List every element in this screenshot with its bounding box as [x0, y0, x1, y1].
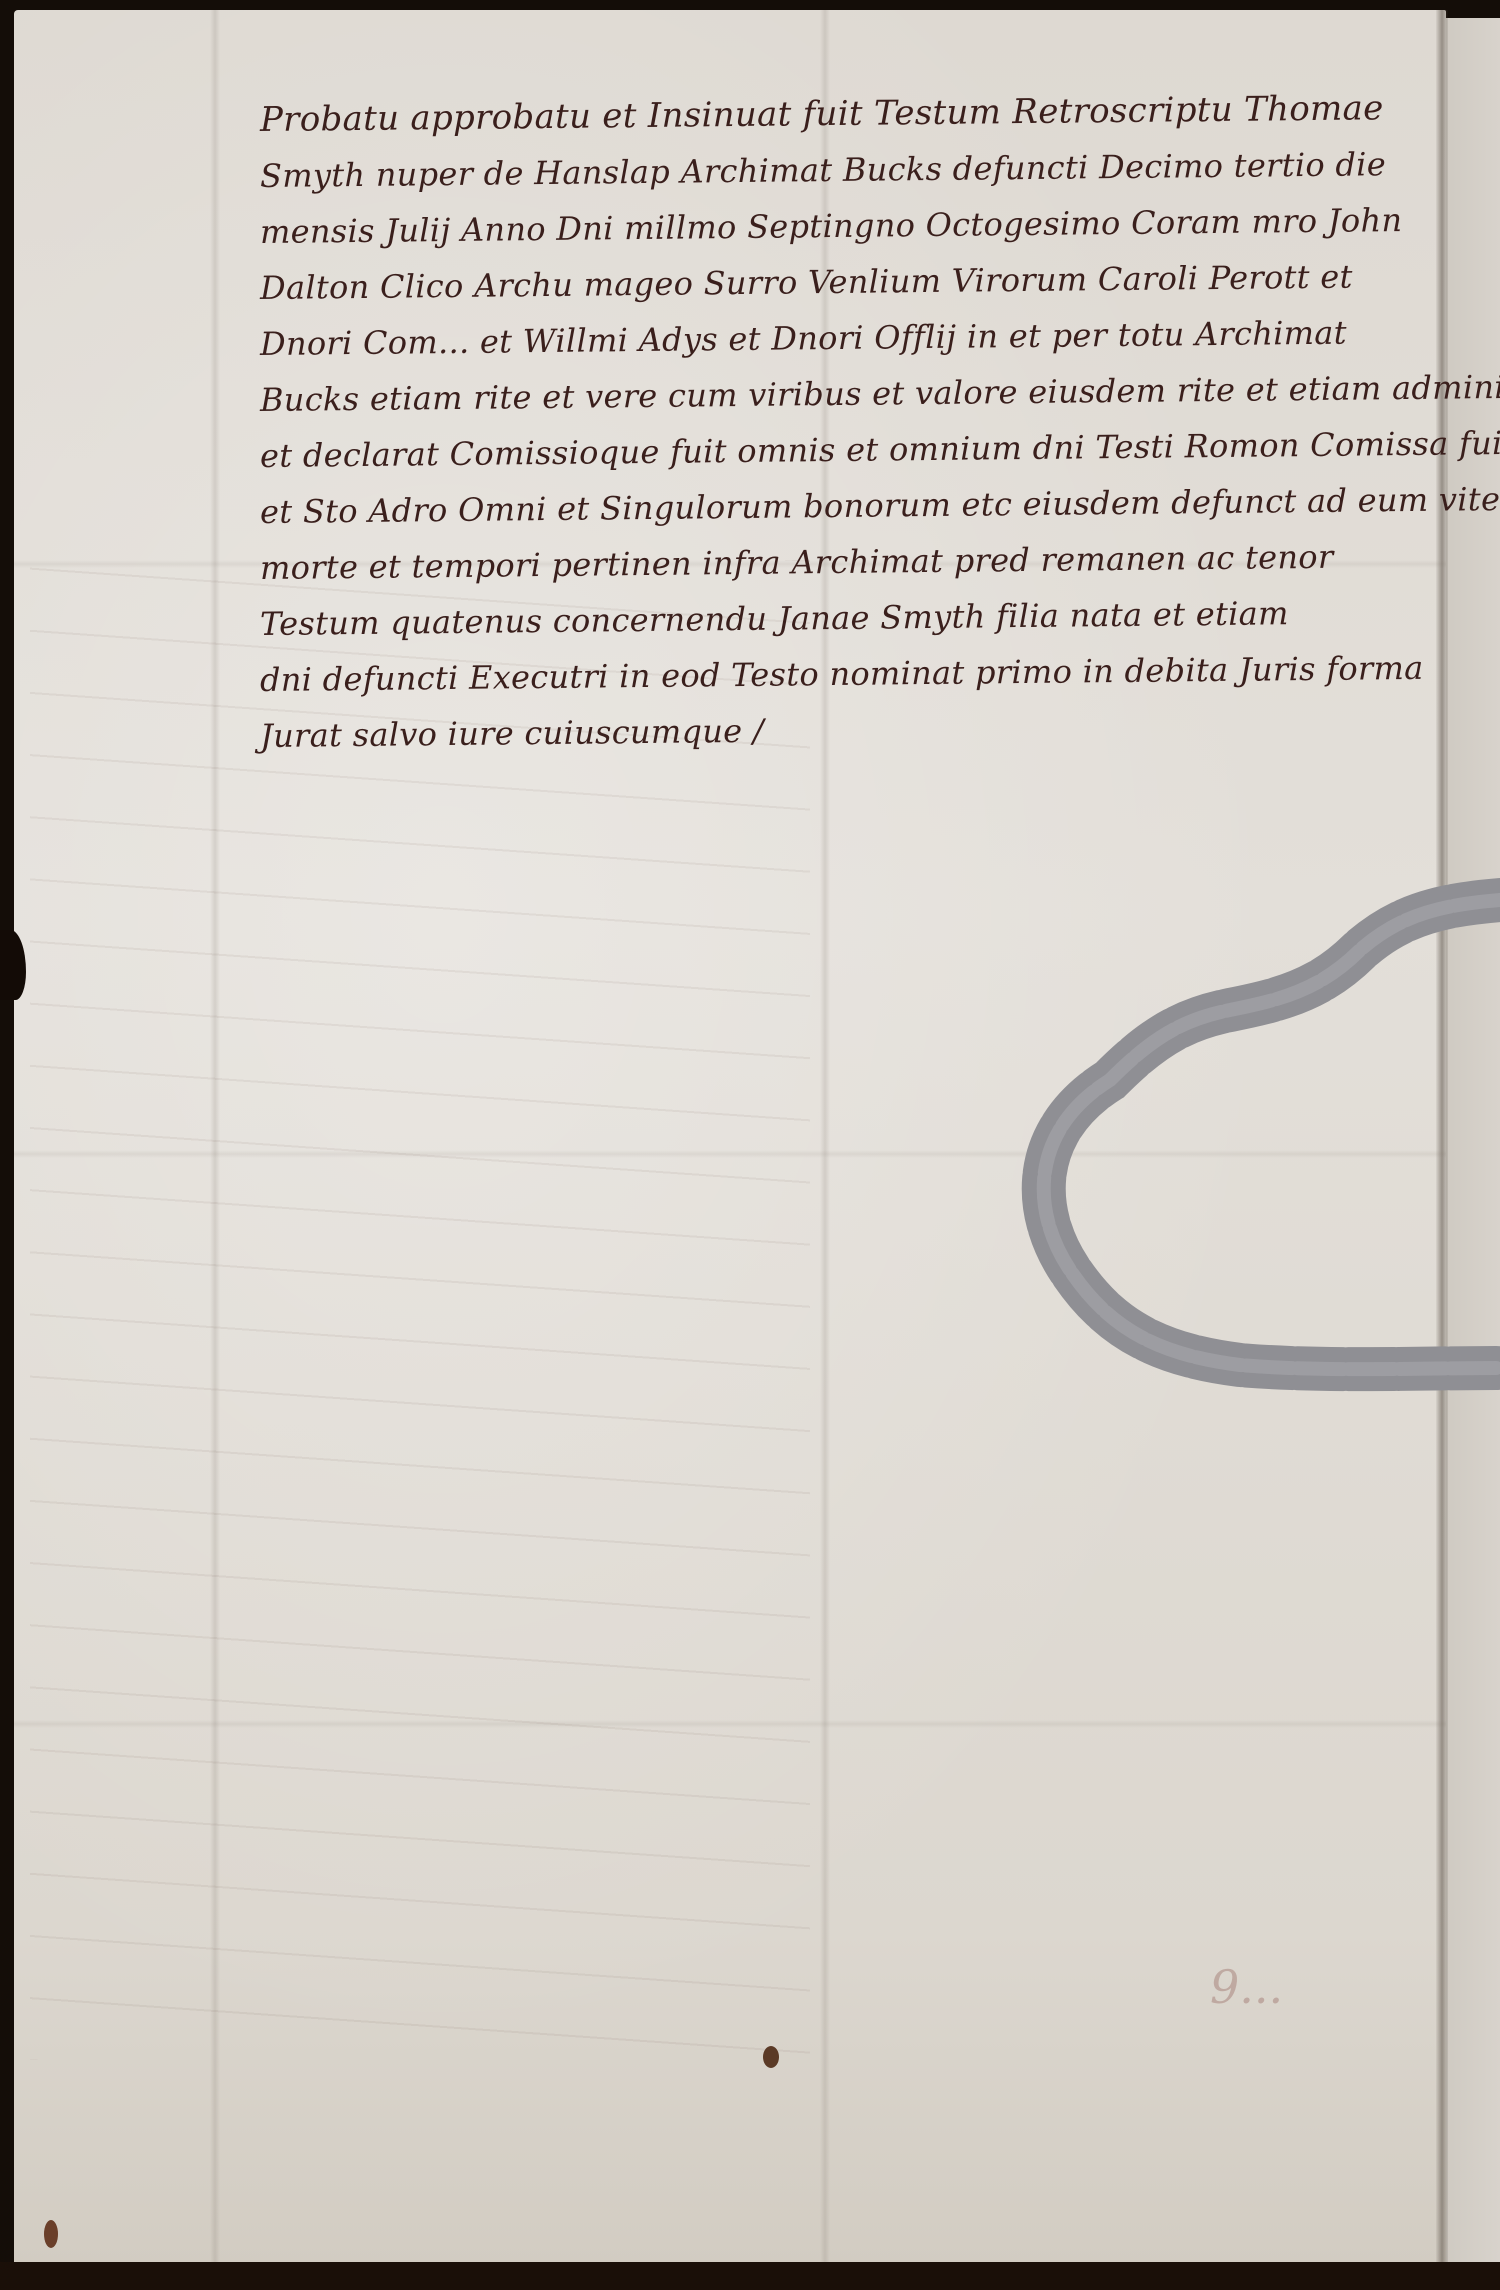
- adjacent-leaf-edge: [1446, 18, 1500, 2273]
- text-line: Jurat salvo iure cuiuscumque /: [260, 696, 1401, 764]
- show-through-writing: [30, 560, 810, 2060]
- probate-text-block: Probatu approbatu et Insinuat fuit Testu…: [260, 92, 1400, 764]
- faint-marginal-mark: 9...: [1210, 1960, 1283, 2014]
- ink-stain: [44, 2220, 58, 2248]
- scan-bottom-edge: [0, 2262, 1500, 2290]
- ink-stain: [763, 2046, 779, 2068]
- gutter-crease: [1436, 10, 1448, 2272]
